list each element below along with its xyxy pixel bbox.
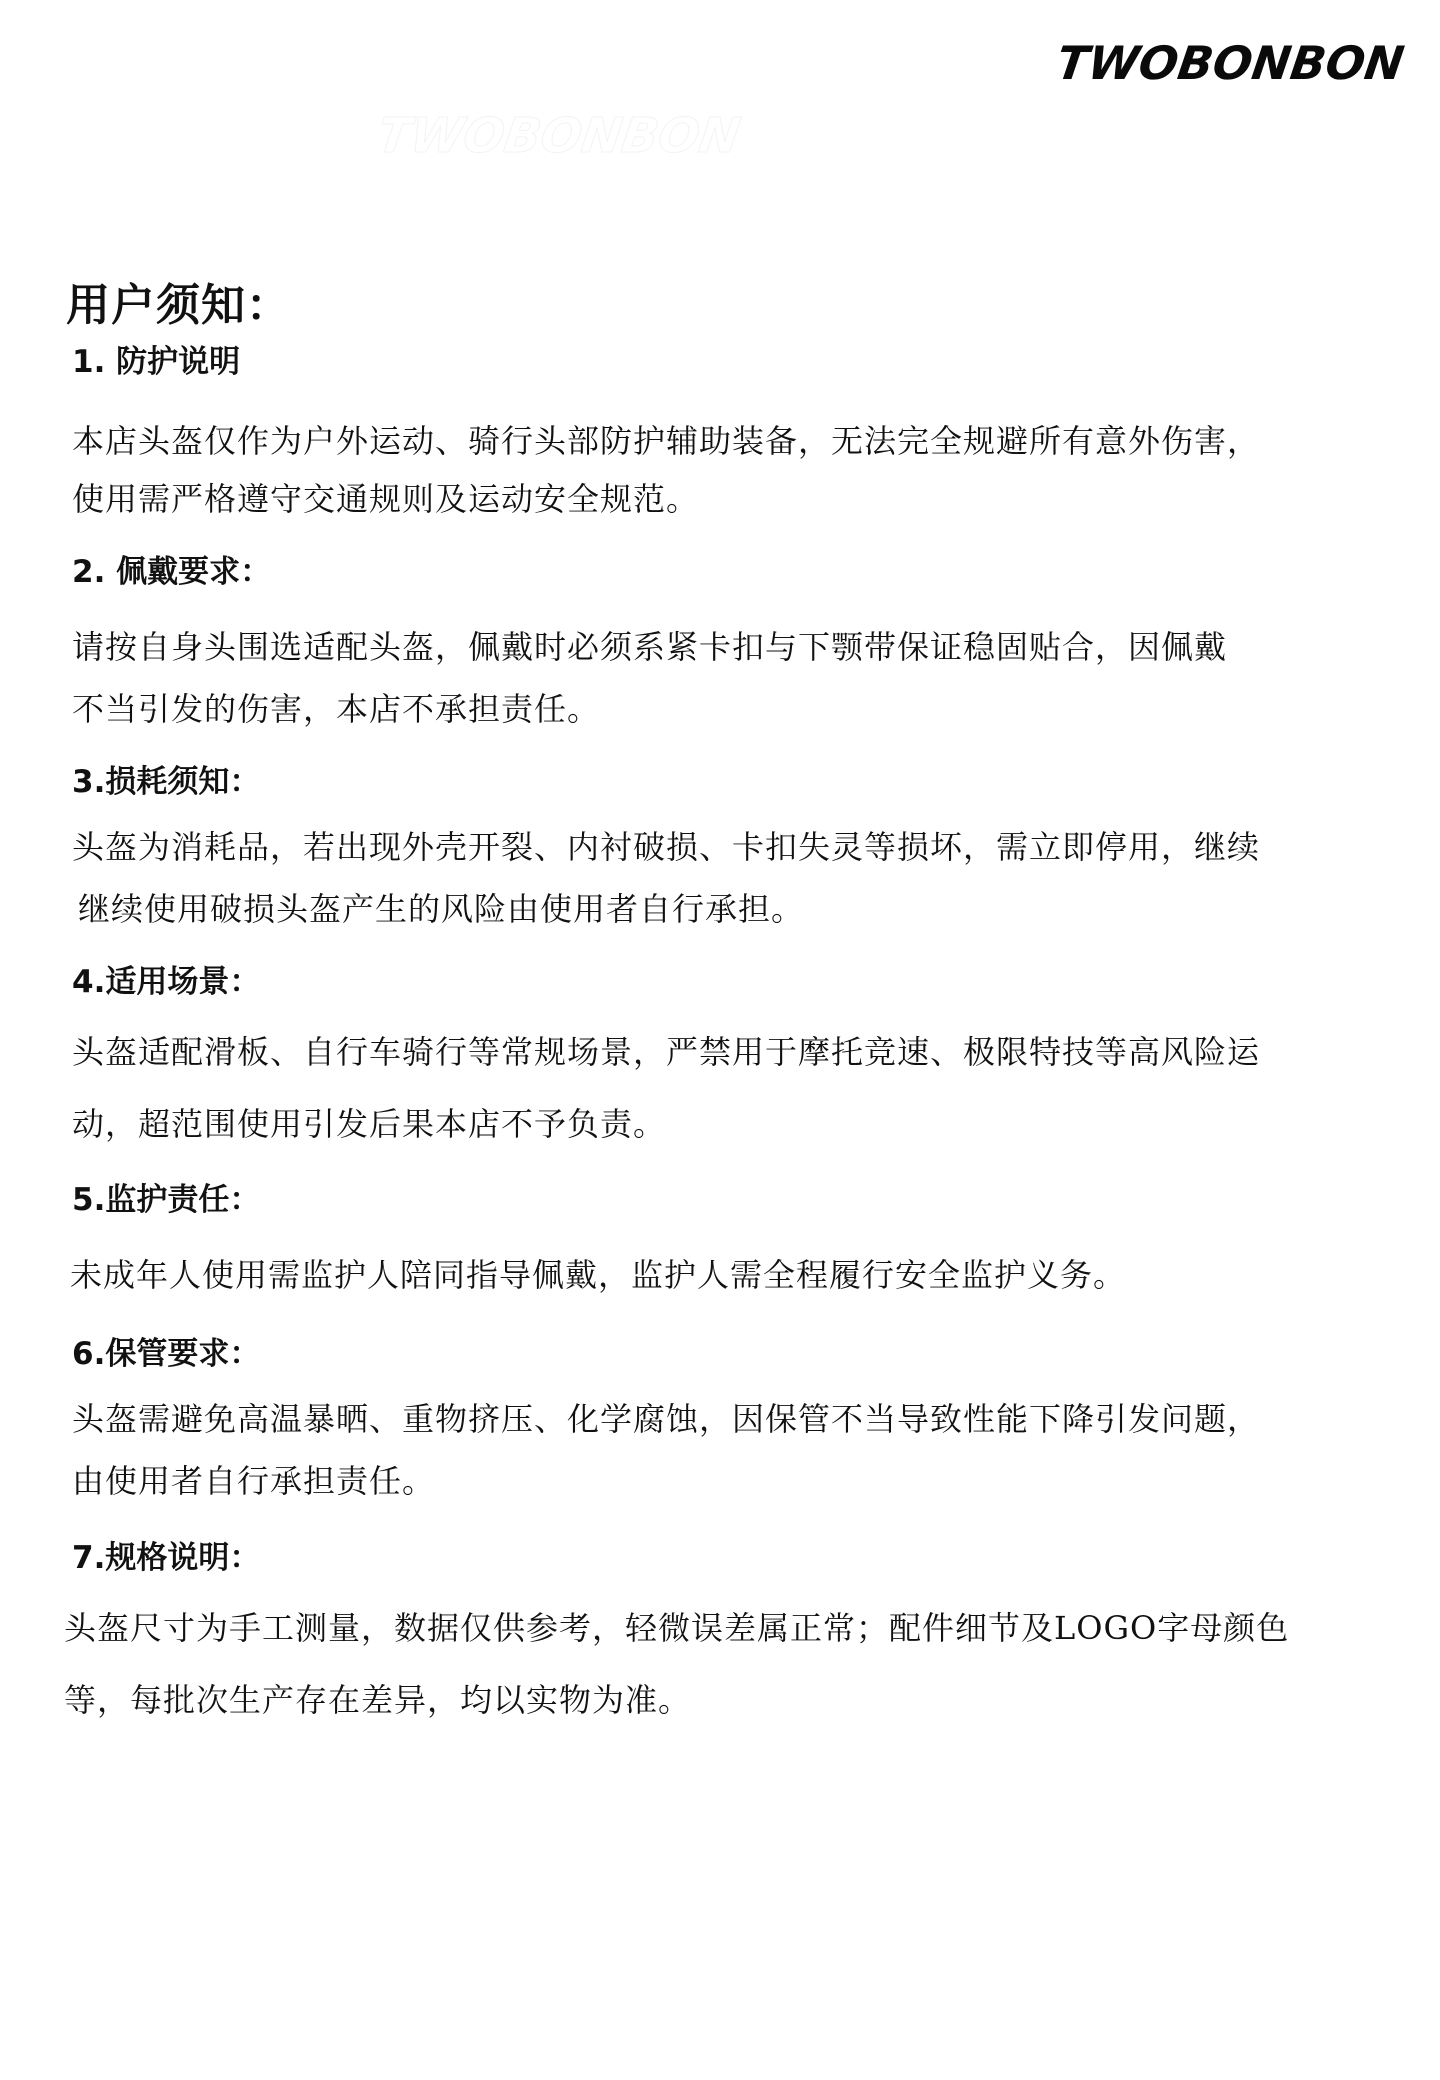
section-protection: 1. 防护说明 本店头盔仅作为户外运动、骑行头部防护辅助装备，无法完全规避所有意… <box>72 342 1392 528</box>
section-wearing: 2. 佩戴要求： 请按自身头围选适配头盔，佩戴时必须系紧卡扣与下颚带保证稳固贴合… <box>72 552 1392 740</box>
body-line: 头盔需避免高温暴晒、重物挤压、化学腐蚀，因保管不当导致性能下降引发问题， <box>72 1388 1392 1450</box>
brand-watermark: TWOBONBON <box>374 108 743 164</box>
body-line: 未成年人使用需监护人陪同指导佩戴，监护人需全程履行安全监护义务。 <box>70 1244 1392 1306</box>
body-line: 继续使用破损头盔产生的风险由使用者自行承担。 <box>72 878 1392 940</box>
section-storage: 6.保管要求： 头盔需避免高温暴晒、重物挤压、化学腐蚀，因保管不当导致性能下降引… <box>72 1334 1392 1512</box>
body-line: 请按自身头围选适配头盔，佩戴时必须系紧卡扣与下颚带保证稳固贴合，因佩戴 <box>72 616 1392 678</box>
body-line: 头盔适配滑板、自行车骑行等常规场景，严禁用于摩托竞速、极限特技等高风险运 <box>72 1016 1392 1088</box>
section-body: 请按自身头围选适配头盔，佩戴时必须系紧卡扣与下颚带保证稳固贴合，因佩戴 不当引发… <box>72 616 1392 740</box>
section-body: 本店头盔仅作为户外运动、骑行头部防护辅助装备，无法完全规避所有意外伤害， 使用需… <box>72 412 1392 528</box>
body-line: 头盔尺寸为手工测量，数据仅供参考，轻微误差属正常；配件细节及LOGO字母颜色 <box>64 1592 1392 1664</box>
section-specifications: 7.规格说明： 头盔尺寸为手工测量，数据仅供参考，轻微误差属正常；配件细节及LO… <box>72 1538 1392 1736</box>
section-use-scenarios: 4.适用场景： 头盔适配滑板、自行车骑行等常规场景，严禁用于摩托竞速、极限特技等… <box>72 962 1392 1160</box>
section-heading: 3.损耗须知： <box>72 762 1392 802</box>
page-title: 用户须知： <box>66 269 291 333</box>
body-line: 本店头盔仅作为户外运动、骑行头部防护辅助装备，无法完全规避所有意外伤害， <box>72 412 1392 470</box>
section-heading: 5.监护责任： <box>72 1180 1392 1220</box>
section-heading: 7.规格说明： <box>72 1538 1392 1578</box>
body-line: 不当引发的伤害，本店不承担责任。 <box>72 678 1392 740</box>
section-body: 头盔尺寸为手工测量，数据仅供参考，轻微误差属正常；配件细节及LOGO字母颜色 等… <box>64 1592 1392 1736</box>
body-line: 等，每批次生产存在差异，均以实物为准。 <box>64 1664 1392 1736</box>
brand-logo: TWOBONBON <box>1054 36 1408 90</box>
section-heading: 1. 防护说明 <box>72 342 1392 382</box>
body-line: 由使用者自行承担责任。 <box>72 1450 1392 1512</box>
section-wear-and-tear: 3.损耗须知： 头盔为消耗品，若出现外壳开裂、内衬破损、卡扣失灵等损坏，需立即停… <box>72 762 1392 940</box>
section-heading: 2. 佩戴要求： <box>72 552 1392 592</box>
body-line: 使用需严格遵守交通规则及运动安全规范。 <box>72 470 1392 528</box>
body-line: 头盔为消耗品，若出现外壳开裂、内衬破损、卡扣失灵等损坏，需立即停用，继续 <box>72 816 1392 878</box>
section-body: 头盔需避免高温暴晒、重物挤压、化学腐蚀，因保管不当导致性能下降引发问题， 由使用… <box>72 1388 1392 1512</box>
section-body: 未成年人使用需监护人陪同指导佩戴，监护人需全程履行安全监护义务。 <box>72 1244 1392 1306</box>
body-line: 动，超范围使用引发后果本店不予负责。 <box>72 1088 1392 1160</box>
section-heading: 4.适用场景： <box>72 962 1392 1002</box>
section-body: 头盔适配滑板、自行车骑行等常规场景，严禁用于摩托竞速、极限特技等高风险运 动，超… <box>72 1016 1392 1160</box>
section-guardian-responsibility: 5.监护责任： 未成年人使用需监护人陪同指导佩戴，监护人需全程履行安全监护义务。 <box>72 1180 1392 1306</box>
section-body: 头盔为消耗品，若出现外壳开裂、内衬破损、卡扣失灵等损坏，需立即停用，继续 继续使… <box>72 816 1392 940</box>
section-heading: 6.保管要求： <box>72 1334 1392 1374</box>
